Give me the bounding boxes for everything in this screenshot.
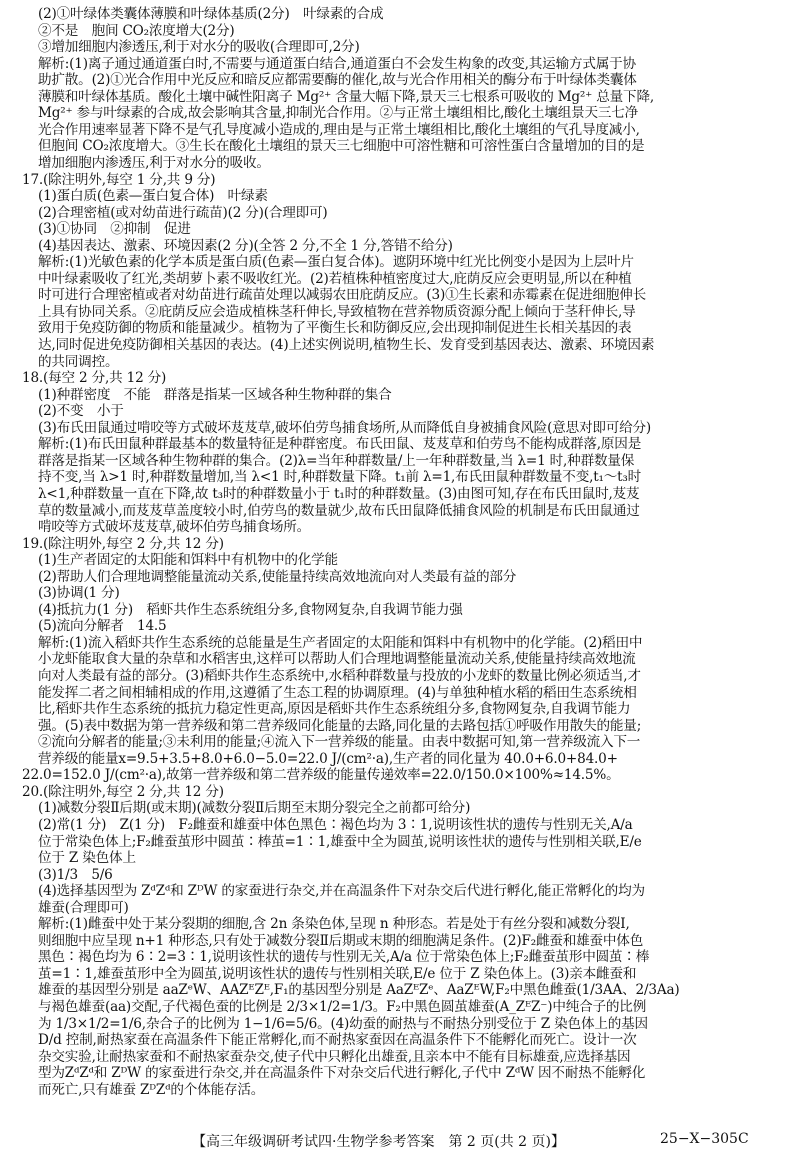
answer-line: 达,同时促进免疫防御相关基因的表达。(4)上述实例说明,植物生长、发育受到基因表… [38,337,654,354]
answer-line: 雄蚕的基因型分别是 aaZᵉW、AAZᴱZᴱ,F₁的基因型分别是 AaZᴱZᵉ、… [38,982,679,999]
answer-line: 而死亡,只有雄蚕 ZᴰZᵈ的个体能存活。 [38,1082,264,1099]
answer-line: 时可进行合理密植或者对幼苗进行疏苗处理以减弱农田庇荫反应。(3)①生长素和赤霉素… [38,287,646,304]
answer-line: (4)基因表达、激素、环境因素(2 分)(全答 2 分,不全 1 分,答错不给分… [38,238,453,255]
answer-line: (3)布氏田鼠通过啃咬等方式破坏芨芨草,破坏伯劳鸟捕食场所,从而降低自身被捕食风… [38,420,651,437]
answer-line: 位于 Z 染色体上 [38,850,136,867]
answer-line: (3)1/3 5/6 [38,867,113,884]
answer-line: 致用于免疫防御的物质和能量减少。植物为了平衡生长和防御反应,会出现抑制促进生长相… [38,320,631,337]
answer-line: 中叶绿素吸收了红光,类胡萝卜素不吸收红光。(2)若植株种植密度过大,庇荫反应会更… [38,271,632,288]
answer-line: (2)合理密植(或对幼苗进行疏苗)(2 分)(合理即可) [38,205,328,222]
answer-line: 茧=1∶1,雄蚕茧形中全为圆茧,说明该性状的遗传与性别相关联,E/e 位于 Z … [38,966,636,983]
answer-line: ②流向分解者的能量;③未利用的能量;④流入下一营养级的能量。由表中数据可知,第一… [38,734,640,751]
analysis-start: 解析:(1)流入稻虾共作生态系统的总能量是生产者固定的太阳能和饵料中有机物中的化… [38,635,642,652]
answer-line: (2)常(1 分) Z(1 分) F₂雌蚕和雄蚕中体色黑色∶褐色均为 3∶1,说… [38,817,632,834]
answer-line: 杂交实验,让耐热家蚕和不耐热家蚕杂交,使子代中只孵化出雄蚕,且亲本中不能有目标雄… [38,1049,630,1066]
answer-line: 营养级的能量x=9.5+3.5+8.0+6.0−5.0=22.0 J/(cm²·… [38,751,618,768]
analysis-start: 解析:(1)离子通过通道蛋白时,不需要与通道蛋白结合,通道蛋白不会发生构象的改变… [38,56,636,73]
question-header: 18.(每空 2 分,共 12 分) [22,370,166,387]
answer-line: 的共同调控。 [38,354,118,371]
answer-line: (1)生产者固定的太阳能和饵料中有机物中的化学能 [38,552,338,569]
answer-line: (2)不变 小于 [38,403,124,420]
answer-line: 啃咬等方式破坏芨芨草,破坏伯劳鸟捕食场所。 [38,519,310,536]
answer-line: ②不是 胞间 CO₂浓度增大(2分) [38,23,235,40]
answer-line: (3)①协同 ②抑制 促进 [38,221,191,238]
answer-line: 群落是指某一区域各种生物种群的集合。(2)λ=当年种群数量/上一年种群数量,当 … [38,453,634,470]
answer-line: 位于常染色体上;F₂雌蚕茧形中圆茧∶棒茧=1∶1,雄蚕中全为圆茧,说明该性状的遗… [38,834,642,851]
answer-line: 型为ZᵈZᵈ和 ZᴰW 的家蚕进行杂交,并在高温条件下对杂交后代进行孵化,子代中… [38,1065,645,1082]
answer-line: 草的数量减小,而芨芨草盖度较小时,伯劳鸟的数量就少,故布氏田鼠降低捕食风险的机制… [38,503,640,520]
analysis-start: 解析:(1)布氏田鼠种群最基本的数量特征是种群密度。布氏田鼠、芨芨草和伯劳鸟不能… [38,436,641,453]
answer-line: 雄蚕(合理即可) [38,900,129,917]
answer-line: 上具有协同关系。②庇荫反应会造成植株茎秆伸长,导致植物在营养物质资源分配上倾向于… [38,304,636,321]
answer-line: 光合作用速率显著下降不是气孔导度减小造成的,理由是与正常土壤组相比,酸化土壤组的… [38,122,640,139]
analysis-start: 解析:(1)光敏色素的化学本质是蛋白质(色素—蛋白复合体)。遮阴环境中红光比例变… [38,254,634,271]
answer-line: (1)减数分裂Ⅱ后期(或末期)(减数分裂Ⅱ后期至末期分裂完全之前都可给分) [38,800,470,817]
answer-line: (3)协调(1 分) [38,585,120,602]
answer-line: 助扩散。(2)①光合作用中光反应和暗反应都需要酶的催化,故与光合作用相关的酶分布… [38,72,637,89]
answer-line: 比,稻虾共作生态系统的抵抗力稳定性更高,原因是稻虾共作生态系统组分多,食物网复杂… [38,701,630,718]
answer-line: 与褐色雄蚕(aa)交配,子代褐色蚕的比例是 2/3×1/2=1/3。F₂中黑色圆… [38,999,646,1016]
answer-line: 黑色∶褐色均为 6∶2=3∶1,说明该性状的遗传与性别无关,A/a 位于常染色体… [38,949,649,966]
question-header: 19.(除注明外,每空 2 分,共 12 分) [22,536,224,553]
footer-title: 【高三年级调研考试四·生物学参考答案 第 2 页(共 2 页)】 [192,1131,565,1151]
question-header: 17.(除注明外,每空 1 分,共 9 分) [22,172,215,189]
answer-line: (4)选择基因型为 ZᵈZᵈ和 ZᴰW 的家蚕进行杂交,并在高温条件下对杂交后代… [38,883,645,900]
answer-line: (4)抵抗力(1 分) 稻虾共作生态系统组分多,食物网复杂,自我调节能力强 [38,602,463,619]
answer-line: λ<1,种群数量一直在下降,故 t₃时的种群数量小于 t₁时的种群数量。(3)由… [38,486,639,503]
answer-line: 但胞间 CO₂浓度增大。③生长在酸化土壤组的景天三七细胞中可溶性糖和可溶性蛋白含… [38,138,644,155]
answer-line: (1)种群密度 不能 群落是指某一区域各种生物种群的集合 [38,387,392,404]
answer-line: (2)帮助人们合理地调整能量流动关系,使能量持续高效地流向对人类最有益的部分 [38,569,516,586]
answer-line: 为 1/3×1/2=1/6,杂合子的比例为 1−1/6=5/6。(4)幼蚕的耐热… [38,1016,648,1033]
answer-line: (5)流向分解者 14.5 [38,618,167,635]
answer-line: 则细胞中应呈现 n+1 种形态,只有处于减数分裂Ⅱ后期或末期的细胞满足条件。(2… [38,933,643,950]
answer-line: (2)①叶绿体类囊体薄膜和叶绿体基质(2分) 叶绿素的合成 [38,6,383,23]
answer-line: 小龙虾能取食大量的杂草和水稻害虫,这样可以帮助人们合理地调整能量流动关系,使能量… [38,651,636,668]
answer-line: Mg²⁺ 参与叶绿素的合成,故会影响其含量,抑制光合作用。②与正常土壤组相比,酸… [38,105,638,122]
question-header: 20.(除注明外,每空 2 分,共 12 分) [22,784,224,801]
question-header: 22.0=152.0 J/(cm²·a),故第一营养级和第二营养级的能量传递效率… [22,767,620,784]
answer-line: 增加细胞内渗透压,利于对水分的吸收。 [38,155,270,172]
answer-line: (1)蛋白质(色素—蛋白复合体) 叶绿素 [38,188,268,205]
answer-line: 强。(5)表中数据为第一营养级和第二营养级同化能量的去路,同化量的去路包括①呼吸… [38,718,641,735]
answer-line: D/d 控制,耐热家蚕在高温条件下能正常孵化,而不耐热家蚕因在高温条件下不能孵化… [38,1032,636,1049]
footer-code: 25−X−305C [660,1131,749,1147]
answer-line: 能发挥二者之间相辅相成的作用,这遵循了生态工程的协调原理。(4)与单独种植水稻的… [38,685,637,702]
answer-line: 向对人类最有益的部分。(3)稻虾共作生态系统中,水稻种群数量与投放的小龙虾的数量… [38,668,641,685]
answer-line: 持不变,当 λ>1 时,种群数量增加,当 λ<1 时,种群数量下降。t₁前 λ=… [38,469,641,486]
answer-line: ③增加细胞内渗透压,利于对水分的吸收(合理即可,2分) [38,39,360,56]
answer-line: 薄膜和叶绿体基质。酸化土壤中碱性阳离子 Mg²⁺ 含量大幅下降,景天三七根系可吸… [38,89,654,106]
analysis-start: 解析:(1)雌蚕中处于某分裂期的细胞,含 2n 条染色体,呈现 n 种形态。若是… [38,916,630,933]
